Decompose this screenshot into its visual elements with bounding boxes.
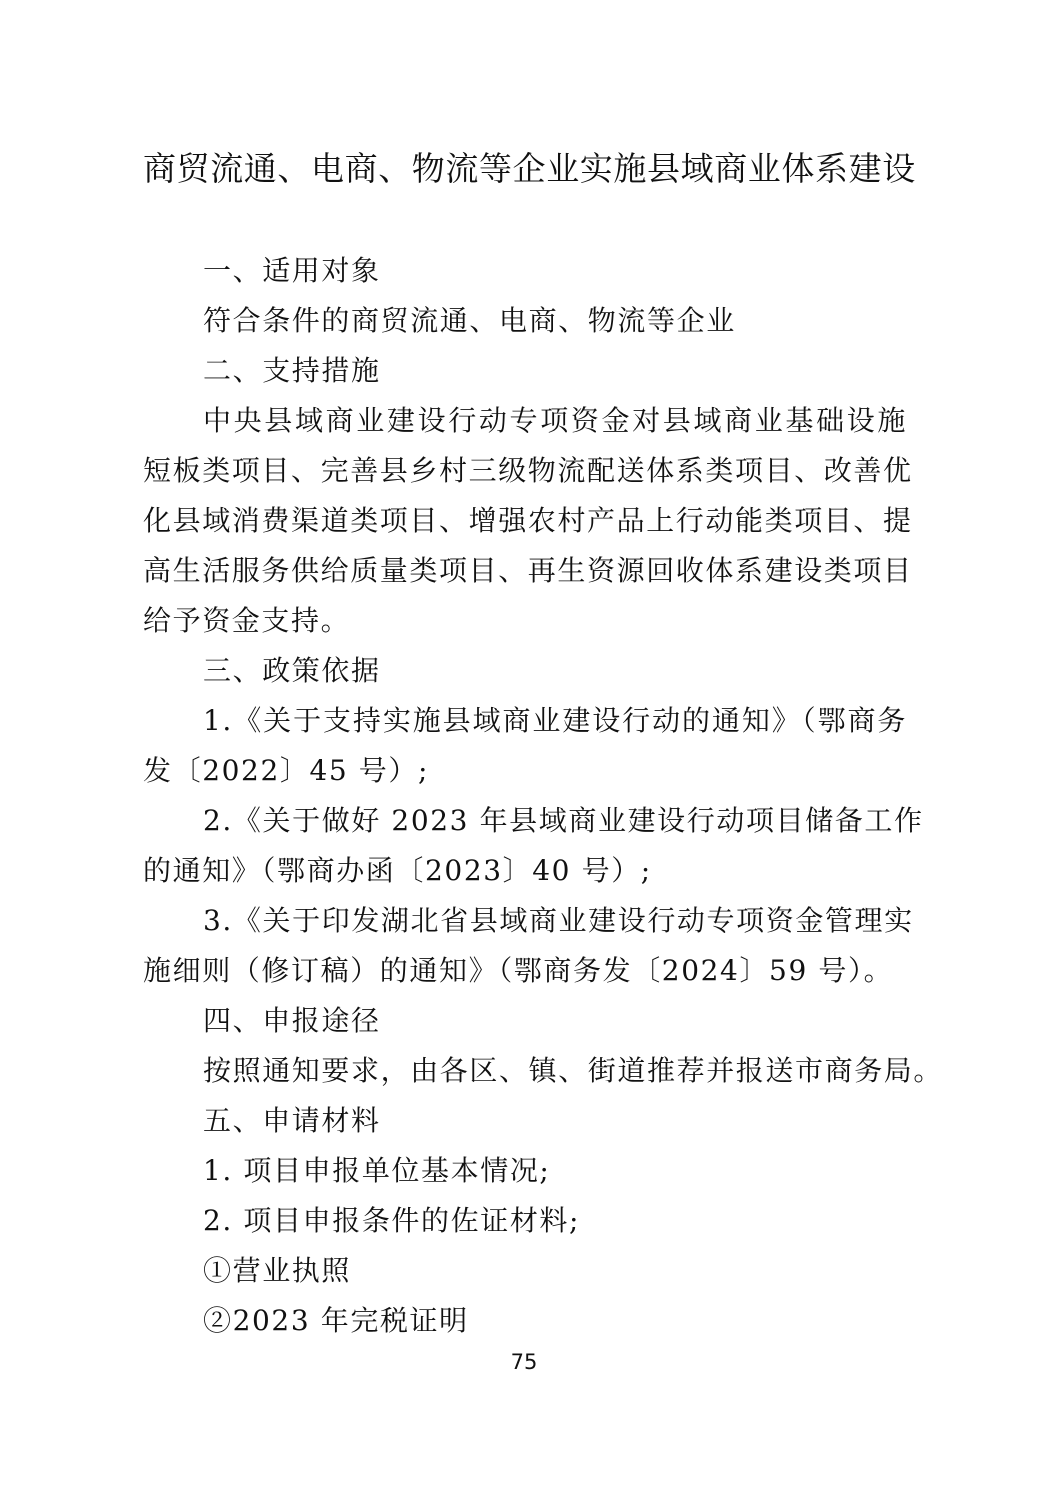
paragraph-line: 高生活服务供给质量类项目、再生资源回收体系建设类项目 <box>143 551 907 591</box>
document-page: 商贸流通、电商、物流等企业实施县域商业体系建设 一、适用对象 符合条件的商贸流通… <box>0 0 1048 1488</box>
material-sub-item: ①营业执照 <box>203 1251 351 1291</box>
paragraph-line: 中央县域商业建设行动专项资金对县域商业基础设施 <box>203 401 907 441</box>
page-number: 75 <box>0 1348 1048 1376</box>
policy-reference-line: 的通知》（鄂商办函〔2023〕40 号）; <box>143 851 652 891</box>
section-heading-support-measures: 二、支持措施 <box>203 351 381 391</box>
policy-reference-line: 3.《关于印发湖北省县域商业建设行动专项资金管理实 <box>203 901 907 941</box>
paragraph-line: 短板类项目、完善县乡村三级物流配送体系类项目、改善优 <box>143 451 907 491</box>
paragraph-line: 化县域消费渠道类项目、增强农村产品上行动能类项目、提 <box>143 501 907 541</box>
section-heading-application-materials: 五、申请材料 <box>203 1101 381 1141</box>
policy-reference-line: 2.《关于做好 2023 年县域商业建设行动项目储备工作 <box>203 801 907 841</box>
paragraph-line: 符合条件的商贸流通、电商、物流等企业 <box>203 301 736 341</box>
material-item: 2. 项目申报条件的佐证材料; <box>203 1201 580 1241</box>
document-title: 商贸流通、电商、物流等企业实施县域商业体系建设 <box>143 146 923 192</box>
policy-reference-line: 发〔2022〕45 号）; <box>143 751 429 791</box>
paragraph-line: 按照通知要求，由各区、镇、街道推荐并报送市商务局。 <box>203 1051 943 1091</box>
policy-reference-line: 1.《关于支持实施县域商业建设行动的通知》（鄂商务 <box>203 701 907 741</box>
section-heading-policy-basis: 三、政策依据 <box>203 651 381 691</box>
paragraph-line: 给予资金支持。 <box>143 601 350 641</box>
material-sub-item: ②2023 年完税证明 <box>203 1301 469 1341</box>
section-heading-application-route: 四、申报途径 <box>203 1001 381 1041</box>
policy-reference-line: 施细则（修订稿）的通知》（鄂商务发〔2024〕59 号）。 <box>143 951 893 991</box>
material-item: 1. 项目申报单位基本情况; <box>203 1151 550 1191</box>
section-heading-applicable-targets: 一、适用对象 <box>203 251 381 291</box>
